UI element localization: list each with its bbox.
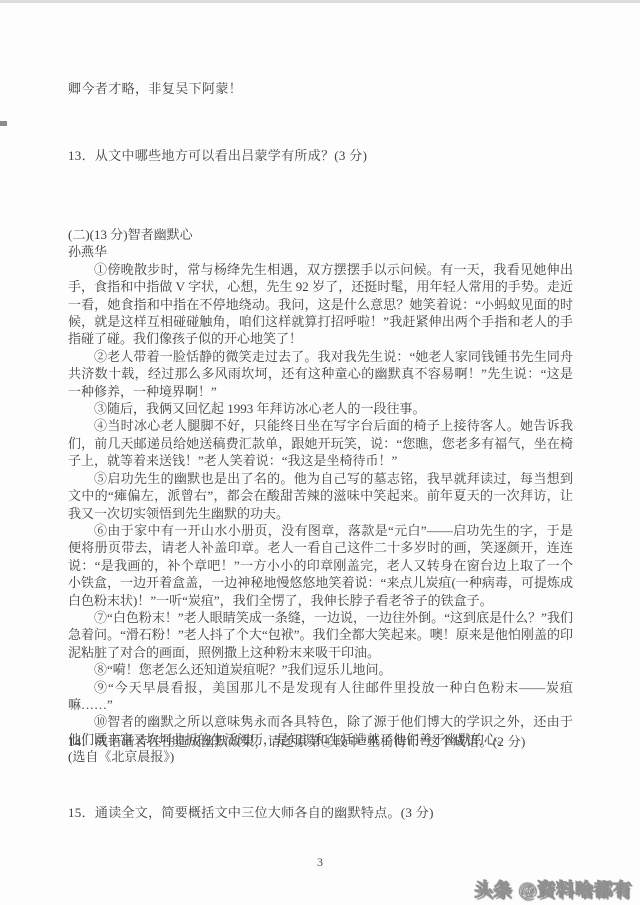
passage-paragraph-4: ④当时冰心老人腿脚不好，只能终日坐在写字台后面的椅子上接待客人。她告诉我们，前几… [68, 417, 573, 469]
page-number: 3 [0, 855, 640, 870]
question-13: 13．从文中哪些地方可以看出吕蒙学有所成？(3 分) [68, 147, 588, 164]
question-14: 14．成语谐音往往造成幽默效果，请还原第④段中“坐椅待币”这个成语。(2 分) [68, 733, 588, 750]
passage-paragraph-5: ⑤启功先生的幽默也是出了名的。他为自己写的墓志铭，我早就拜读过，每当想到文中的“… [68, 470, 573, 522]
passage-paragraph-3: ③随后，我俩又回忆起 1993 年拜访冰心老人的一段往事。 [68, 400, 573, 417]
page-top-edge [0, 0, 640, 3]
scan-artifact [0, 121, 7, 126]
question-15: 15．通读全文，简要概括文中三位大师各自的幽默特点。(3 分) [68, 804, 588, 821]
passage-paragraph-8: ⑧“嗬！您老怎么还知道炭疽呢？”我们逗乐儿地问。 [68, 661, 573, 678]
passage-closing-line: 卿今者才略，非复吴下阿蒙！ [68, 80, 573, 97]
passage-paragraph-6: ⑥由于家中有一开山水小册页，没有图章，落款是“元白”——启功先生的字，于是便将册… [68, 522, 573, 609]
exam-page: 卿今者才略，非复吴下阿蒙！ 13．从文中哪些地方可以看出吕蒙学有所成？(3 分)… [0, 0, 640, 905]
passage-paragraph-9: ⑨“今天早晨看报，美国那儿不是发现有人往邮件里投放一种白色粉末——炭疽嘛……” [68, 679, 573, 714]
section-title: (二)(13 分)智者幽默心 [68, 226, 573, 243]
passage-paragraph-7: ⑦“白色粉末！”老人眼睛笑成一条缝，一边说，一边往外倒。“这到底是什么？”我们急… [68, 609, 573, 661]
passage-paragraph-2: ②老人带着一脸恬静的微笑走过去了。我对我先生说：“她老人家同钱锺书先生同舟共济数… [68, 348, 573, 400]
author-name: 孙燕华 [68, 243, 573, 260]
passage-paragraph-1: ①傍晚散步时，常与杨绛先生相遇，双方摆摆手以示问候。有一天，我看见她伸出手，食指… [68, 261, 573, 348]
source-citation: (选自《北京晨报》) [68, 748, 573, 765]
reading-passage: (二)(13 分)智者幽默心 孙燕华 ①傍晚散步时，常与杨绛先生相遇，双方摆摆手… [68, 226, 573, 766]
toutiao-watermark: 头条 @资料啥都有 [474, 876, 632, 902]
